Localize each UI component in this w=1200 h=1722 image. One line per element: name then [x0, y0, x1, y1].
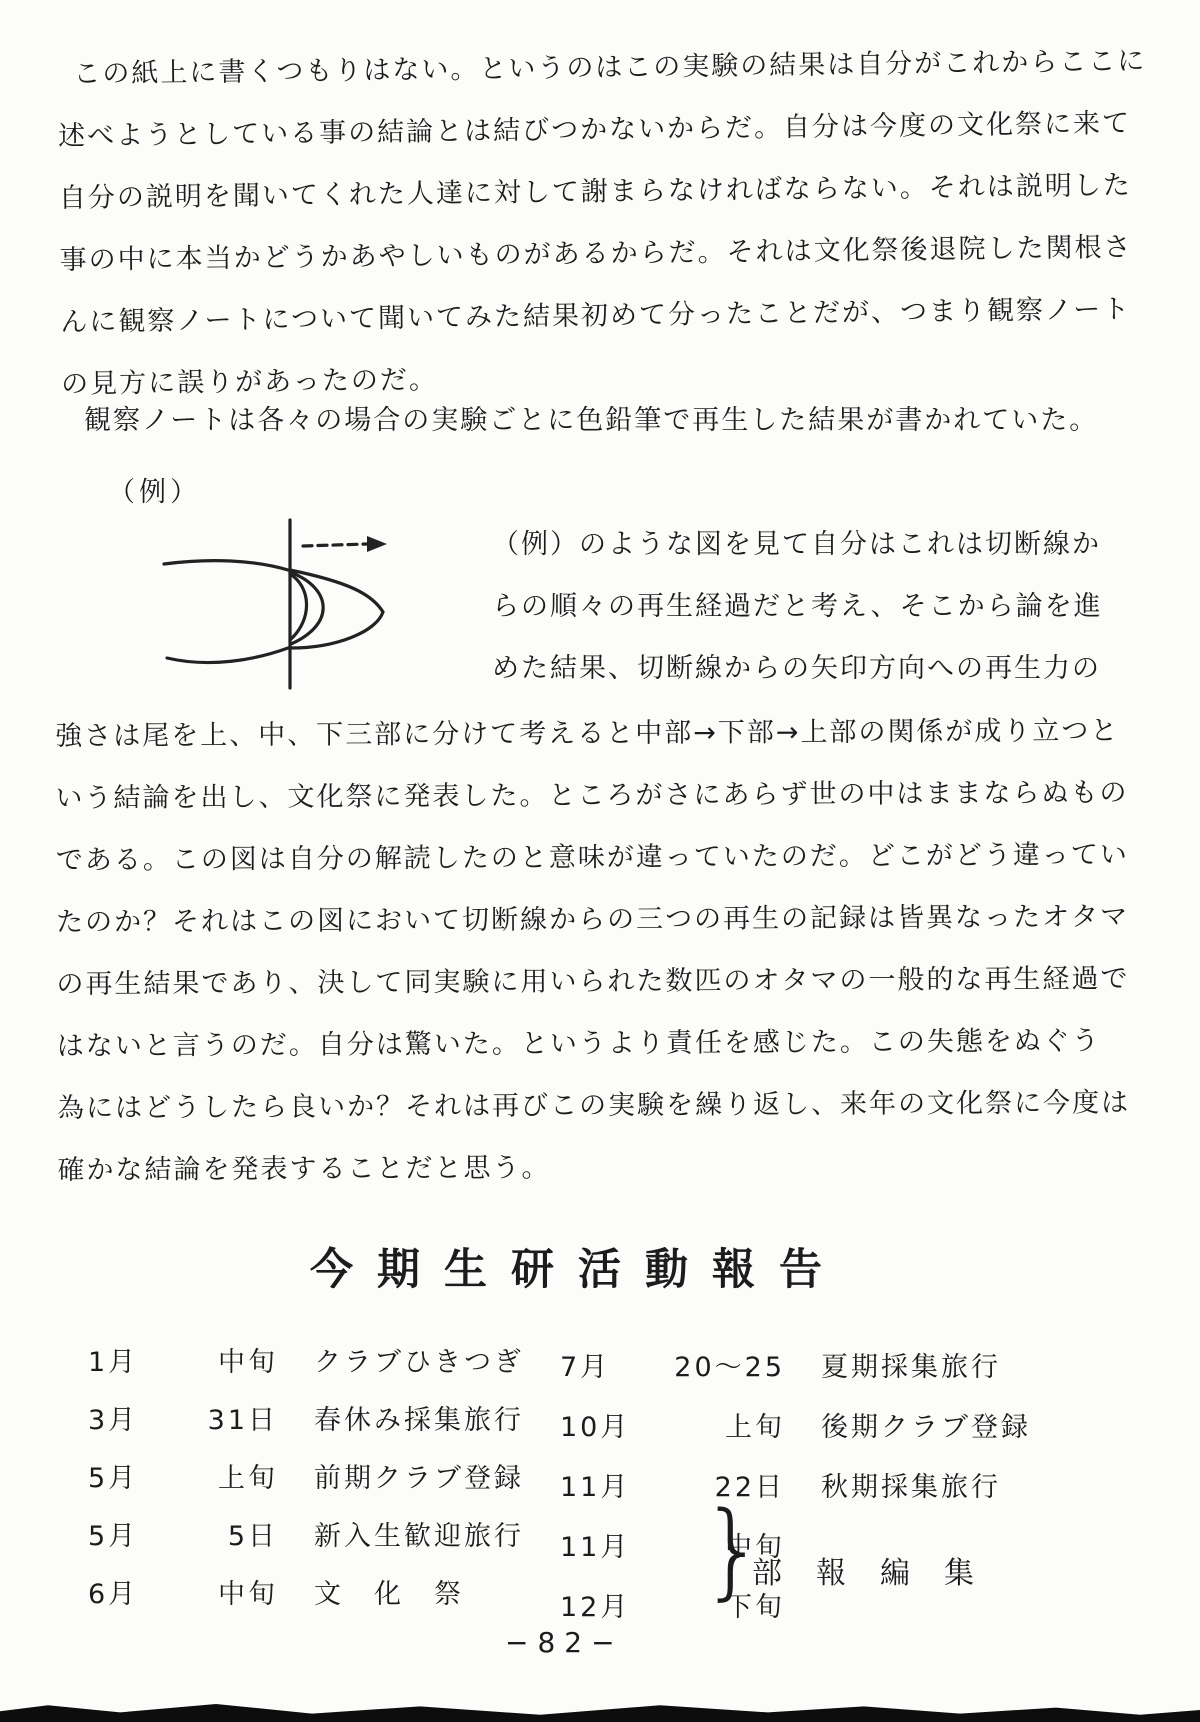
schedule-day: 20～25	[674, 1345, 785, 1384]
schedule-date: 6月 中旬	[88, 1572, 278, 1611]
schedule-month: 11月	[560, 1465, 630, 1504]
schedule-date: 7月 20～25	[560, 1345, 785, 1384]
schedule-row: 6月 中旬 文 化 祭	[88, 1562, 524, 1620]
schedule-row: 1月 中旬 クラブひきつぎ	[88, 1330, 524, 1388]
page-number: −82−	[505, 1626, 624, 1659]
schedule-row: 11月 22日 秋期採集旅行	[560, 1454, 1031, 1514]
schedule-event: 前期クラブ登録	[314, 1456, 524, 1495]
schedule-event: 夏期採集旅行	[821, 1345, 1001, 1384]
paragraph-1: この紙上に書くつもりはない。というのはこの実験の結果は自分がこれからここに 述べ…	[57, 31, 1150, 416]
schedule-event: クラブひきつぎ	[314, 1340, 524, 1379]
tail-outline	[164, 561, 288, 663]
scan-edge-artifact	[0, 1698, 1200, 1722]
scanned-document-page: この紙上に書くつもりはない。というのはこの実験の結果は自分がこれからここに 述べ…	[0, 0, 1200, 1722]
schedule-day: 上旬	[218, 1456, 278, 1495]
paragraph-3-start: （例）のような図を見て自分はこれは切断線か らの順々の再生経過だと考え、そこから…	[492, 514, 1103, 700]
schedule-event: 新入生歓迎旅行	[314, 1514, 524, 1553]
schedule-event: 秋期採集旅行	[821, 1465, 1001, 1504]
schedule-row: 7月 20～25 夏期採集旅行	[560, 1334, 1031, 1394]
schedule-day: 上旬	[725, 1405, 785, 1444]
paragraph-3-continuation: 強さは尾を上、中、下三部に分けて考えると中部→下部→上部の関係が成り立つと いう…	[55, 700, 1131, 1202]
schedule-row: 3月 31日 春休み採集旅行	[88, 1388, 524, 1446]
text-line: 為にはどうしたら良いか？それは再びこの実験を繰り返し、来年の文化祭に今度は	[57, 1072, 1130, 1140]
schedule-event: 春休み採集旅行	[314, 1398, 524, 1437]
text-line: 確かな結論を発表することだと思う。	[57, 1134, 1130, 1202]
schedule-day: 中旬	[218, 1340, 278, 1379]
schedule-month: 1月	[88, 1340, 138, 1379]
schedule-month: 7月	[560, 1345, 610, 1384]
text-line: めた結果、切断線からの矢印方向への再生力の	[492, 638, 1103, 700]
schedule-row: 5月 5日 新入生歓迎旅行	[88, 1504, 524, 1562]
schedule-month: 10月	[560, 1405, 630, 1444]
tail-regeneration-diagram	[140, 498, 410, 698]
schedule-event: 文 化 祭	[314, 1572, 464, 1611]
text-line: である。この図は自分の解読したのと意味が違っていたのだ。どこがどう違ってい	[56, 824, 1129, 892]
schedule-event: 後期クラブ登録	[821, 1405, 1031, 1444]
schedule-month: 5月	[88, 1514, 138, 1553]
text-line: の再生結果であり、決して同実験に用いられた数匹のオタマの一般的な再生経過で	[56, 948, 1129, 1016]
schedule-month: 5月	[88, 1456, 138, 1495]
schedule-date: 5月 5日	[88, 1514, 278, 1553]
text-line: らの順々の再生経過だと考え、そこから論を進	[492, 576, 1103, 638]
schedule-month: 6月	[88, 1572, 138, 1611]
text-line: はないと言うのだ。自分は驚いた。というより責任を感じた。この失態をぬぐう	[57, 1010, 1130, 1078]
schedule-month: 12月	[560, 1585, 630, 1624]
text-line: 強さは尾を上、中、下三部に分けて考えると中部→下部→上部の関係が成り立つと	[55, 700, 1128, 768]
paragraph-2: 観察ノートは各々の場合の実験ごとに色鉛筆で再生した結果が書かれていた。	[84, 398, 1098, 437]
text-line: たのか？それはこの図において切断線からの三つの再生の記録は皆異なったオタマ	[56, 886, 1129, 954]
schedule-column-left: 1月 中旬 クラブひきつぎ 3月 31日 春休み採集旅行 5月 上旬 前期クラブ…	[88, 1330, 524, 1620]
schedule-date: 3月 31日	[88, 1398, 278, 1437]
regeneration-arcs	[290, 570, 383, 648]
schedule-row: 10月 上旬 後期クラブ登録	[560, 1394, 1031, 1454]
schedule-day: 31日	[208, 1398, 278, 1437]
right-arrow-icon	[303, 536, 387, 552]
schedule-day: 5日	[228, 1514, 278, 1553]
schedule-date: 10月 上旬	[560, 1405, 785, 1444]
schedule-month: 3月	[88, 1398, 138, 1437]
section-title: 今期生研活動報告	[310, 1236, 846, 1297]
brace-group-label: 部報編集	[752, 1548, 1008, 1592]
text-line: いう結論を出し、文化祭に発表した。ところがさにあらず世の中はままならぬもの	[55, 762, 1128, 830]
schedule-date: 5月 上旬	[88, 1456, 278, 1495]
text-line: （例）のような図を見て自分はこれは切断線か	[492, 514, 1103, 576]
schedule-month: 11月	[560, 1525, 630, 1564]
schedule-date: 1月 中旬	[88, 1340, 278, 1379]
schedule-day: 中旬	[218, 1572, 278, 1611]
schedule-row: 5月 上旬 前期クラブ登録	[88, 1446, 524, 1504]
